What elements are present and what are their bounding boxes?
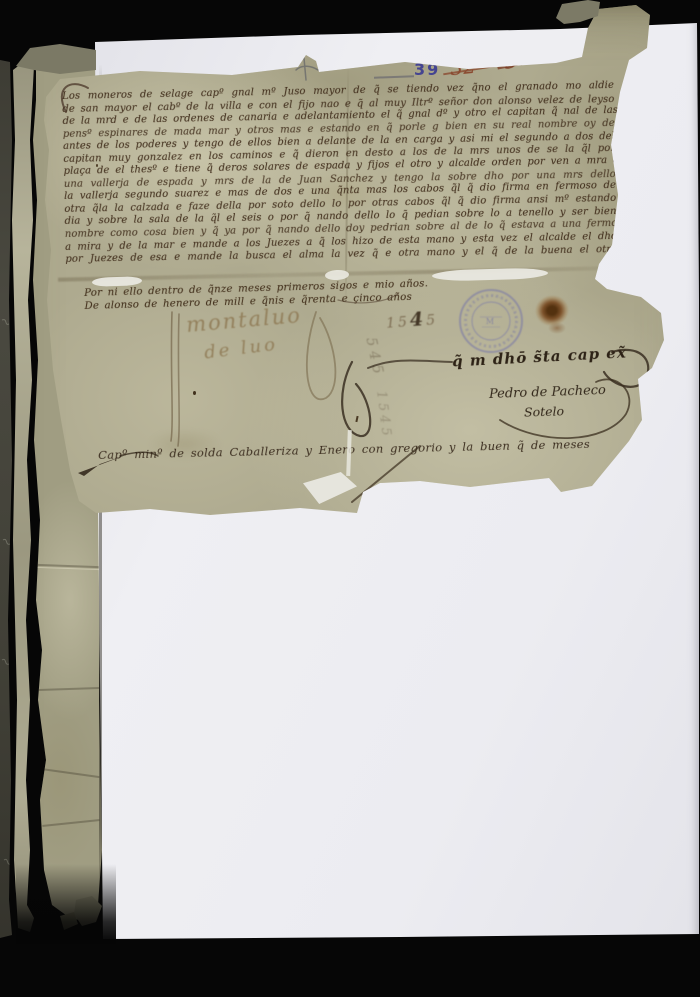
rubric-left-flourish (342, 362, 370, 436)
line-initial-swash (62, 84, 88, 112)
fold-crease (42, 819, 100, 827)
closing-line-flourish (338, 294, 398, 303)
pacheco-underline-flourish (500, 379, 629, 438)
montalvo-loop-flourish (307, 312, 336, 399)
wormhole-spot (33, 832, 41, 839)
montalvo-vertical-stroke (178, 314, 179, 446)
fold-crease (38, 687, 100, 691)
fold-crease (40, 768, 100, 778)
montalvo-vertical-stroke (171, 312, 172, 441)
docket-arrow-tail (120, 452, 158, 456)
archival-photo-scene: 39 32 31 Los moneros de selage capº gnal… (0, 0, 700, 997)
rubric-connector (368, 361, 452, 369)
gutter-ink-marks (0, 0, 14, 997)
bottom-shadow-fade (16, 864, 116, 944)
docket-arrow-flourish (78, 452, 134, 476)
